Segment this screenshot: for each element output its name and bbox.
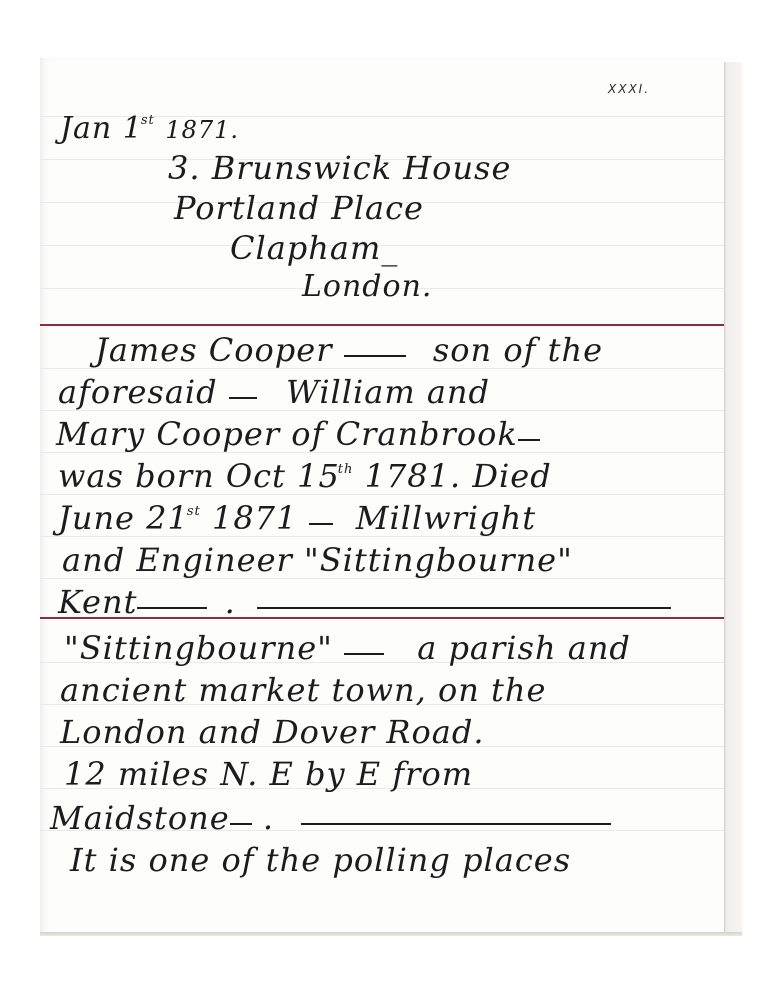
address-line-4: London. [302,272,432,302]
entry1-line-5: June 21st 1871 Millwright [58,502,536,534]
address-line-3: Clapham_ [230,232,398,264]
entry1-line-3: Mary Cooper of Cranbrook [56,418,540,450]
section-divider [40,324,724,326]
dash [230,823,252,825]
underline-rule [301,823,611,825]
dash [344,653,384,655]
entry1-line-6: and Engineer "Sittingbourne" [62,544,573,576]
underline-rule [257,607,671,609]
entry2-line-2: ancient market town, on the [60,674,546,706]
entry2-line-3: London and Dover Road. [60,716,485,748]
entry1-line-1: James Cooper son of the [95,334,603,366]
date-line: Jan 1st 1871. [60,114,239,144]
page-bottom-edge [40,932,742,936]
entry1-line-2: aforesaid William and [58,376,490,408]
entry2-line-1: "Sittingbourne" a parish and [64,632,631,664]
entry2-line-6: It is one of the polling places [70,844,571,876]
notebook-page: XXXI. Jan 1st 1871. 3. Brunswick House P… [40,58,724,935]
date-suffix: st [141,113,155,128]
year: 1871. [165,116,239,144]
dash [309,523,333,525]
entry1-line-4: was born Oct 15th 1781. Died [58,460,552,492]
page-edge [724,62,742,935]
date: Jan 1 [60,111,143,146]
dash [137,607,207,609]
entry1-line-7: Kent . [58,586,671,618]
dash [344,355,406,357]
address-line-2: Portland Place [174,192,424,224]
entry2-line-4: 12 miles N. E by E from [64,758,473,790]
dash [229,397,257,399]
dash [518,439,540,441]
page-number: XXXI. [608,82,650,96]
entry2-line-5: Maidstone . [50,802,611,834]
address-line-1: 3. Brunswick House [168,152,511,184]
